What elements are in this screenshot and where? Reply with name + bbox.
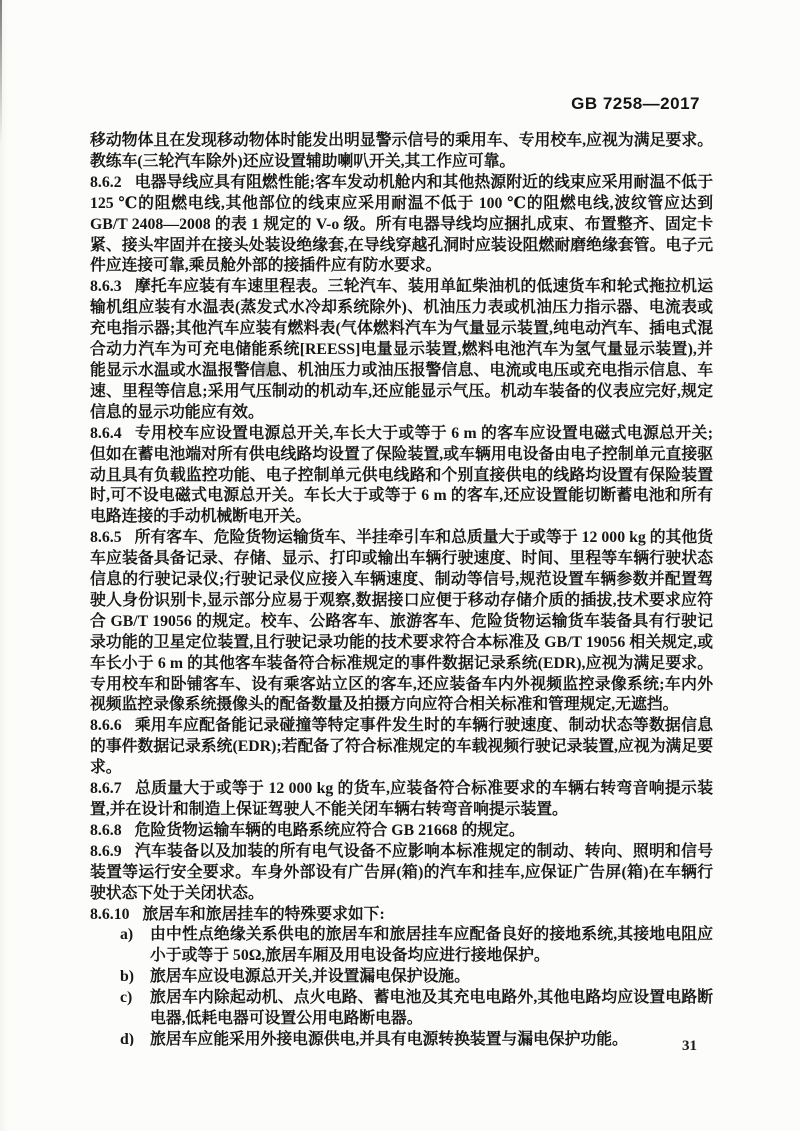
section-number: 8.6.8 bbox=[90, 822, 122, 839]
section-8-6-3: 8.6.3摩托车应装有车速里程表。三轮汽车、装用单缸柴油机的低速货车和轮式拖拉机… bbox=[90, 277, 713, 423]
section-8-6-7: 8.6.7总质量大于或等于 12 000 kg 的货车,应装备符合标准要求的车辆… bbox=[90, 779, 713, 821]
section-number: 8.6.7 bbox=[90, 780, 122, 797]
document-page: GB 7258—2017 移动物体且在发现移动物体时能发出明显警示信号的乘用车、… bbox=[0, 0, 800, 1131]
list-item-text: 由中性点绝缘关系供电的旅居车和旅居挂车应配备良好的接地系统,其接地电阻应小于或等… bbox=[150, 925, 713, 967]
section-text: 总质量大于或等于 12 000 kg 的货车,应装备符合标准要求的车辆右转弯音响… bbox=[90, 780, 713, 818]
list-item: d)旅居车应能采用外接电源供电,并具有电源转换装置与漏电保护功能。 bbox=[90, 1030, 713, 1046]
section-8-6-8: 8.6.8危险货物运输车辆的电路系统应符合 GB 21668 的规定。 bbox=[90, 821, 713, 842]
section-8-6-6: 8.6.6乘用车应配备能记录碰撞等特定事件发生时的车辆行驶速度、制动状态等数据信… bbox=[90, 716, 713, 779]
paragraph-continuation: 移动物体且在发现移动物体时能发出明显警示信号的乘用车、专用校车,应视为满足要求。… bbox=[90, 131, 713, 173]
list-item-label: c) bbox=[120, 988, 150, 1030]
list-item-label: b) bbox=[120, 967, 150, 988]
list-item: c)旅居车内除起动机、点火电路、蓄电池及其充电电路外,其他电路均应设置电路断电器… bbox=[90, 988, 713, 1030]
section-text: 汽车装备以及加装的所有电气设备不应影响本标准规定的制动、转向、照明和信号装置等运… bbox=[90, 843, 713, 902]
list-item: b)旅居车应设电源总开关,并设置漏电保护设施。 bbox=[90, 967, 713, 988]
section-number: 8.6.2 bbox=[90, 174, 122, 191]
section-number: 8.6.5 bbox=[90, 529, 122, 546]
doc-number: GB 7258—2017 bbox=[571, 94, 700, 114]
list-item-label: a) bbox=[120, 925, 150, 967]
paragraph-text: 移动物体且在发现移动物体时能发出明显警示信号的乘用车、专用校车,应视为满足要求。… bbox=[90, 132, 713, 170]
scan-edge-artifact bbox=[0, 0, 2, 145]
section-text: 乘用车应配备能记录碰撞等特定事件发生时的车辆行驶速度、制动状态等数据信息的事件数… bbox=[90, 717, 713, 776]
section-text: 专用校车应设置电源总开关,车长大于或等于 6 m 的客车应设置电磁式电源总开关;… bbox=[90, 425, 713, 526]
section-8-6-9: 8.6.9汽车装备以及加装的所有电气设备不应影响本标准规定的制动、转向、照明和信… bbox=[90, 842, 713, 905]
section-text: 旅居车和旅居挂车的特殊要求如下: bbox=[143, 906, 385, 923]
section-text: 危险货物运输车辆的电路系统应符合 GB 21668 的规定。 bbox=[135, 822, 525, 839]
section-text: 电器导线应具有阻燃性能;客车发动机舱内和其他热源附近的线束应采用耐温不低于 12… bbox=[90, 174, 713, 275]
section-text: 摩托车应装有车速里程表。三轮汽车、装用单缸柴油机的低速货车和轮式拖拉机运输机组应… bbox=[90, 278, 713, 420]
section-number: 8.6.4 bbox=[90, 425, 122, 442]
section-text: 所有客车、危险货物运输货车、半挂牵引车和总质量大于或等于 12 000 kg 的… bbox=[90, 529, 713, 713]
page-body: 移动物体且在发现移动物体时能发出明显警示信号的乘用车、专用校车,应视为满足要求。… bbox=[90, 131, 713, 1046]
list-item-text: 旅居车内除起动机、点火电路、蓄电池及其充电电路外,其他电路均应设置电路断电器,低… bbox=[150, 988, 713, 1030]
section-8-6-10: 8.6.10旅居车和旅居挂车的特殊要求如下: bbox=[90, 905, 713, 926]
section-number: 8.6.10 bbox=[90, 906, 130, 923]
section-number: 8.6.3 bbox=[90, 278, 122, 295]
section-number: 8.6.6 bbox=[90, 717, 122, 734]
list-item-text: 旅居车应设电源总开关,并设置漏电保护设施。 bbox=[150, 967, 713, 988]
list-item: a)由中性点绝缘关系供电的旅居车和旅居挂车应配备良好的接地系统,其接地电阻应小于… bbox=[90, 925, 713, 967]
list-item-text: 旅居车应能采用外接电源供电,并具有电源转换装置与漏电保护功能。 bbox=[150, 1030, 713, 1046]
list-item-label: d) bbox=[120, 1030, 150, 1046]
section-number: 8.6.9 bbox=[90, 843, 122, 860]
section-8-6-5: 8.6.5所有客车、危险货物运输货车、半挂牵引车和总质量大于或等于 12 000… bbox=[90, 528, 713, 716]
section-8-6-2: 8.6.2电器导线应具有阻燃性能;客车发动机舱内和其他热源附近的线束应采用耐温不… bbox=[90, 173, 713, 278]
page-number: 31 bbox=[682, 1038, 697, 1055]
section-8-6-4: 8.6.4专用校车应设置电源总开关,车长大于或等于 6 m 的客车应设置电磁式电… bbox=[90, 424, 713, 529]
